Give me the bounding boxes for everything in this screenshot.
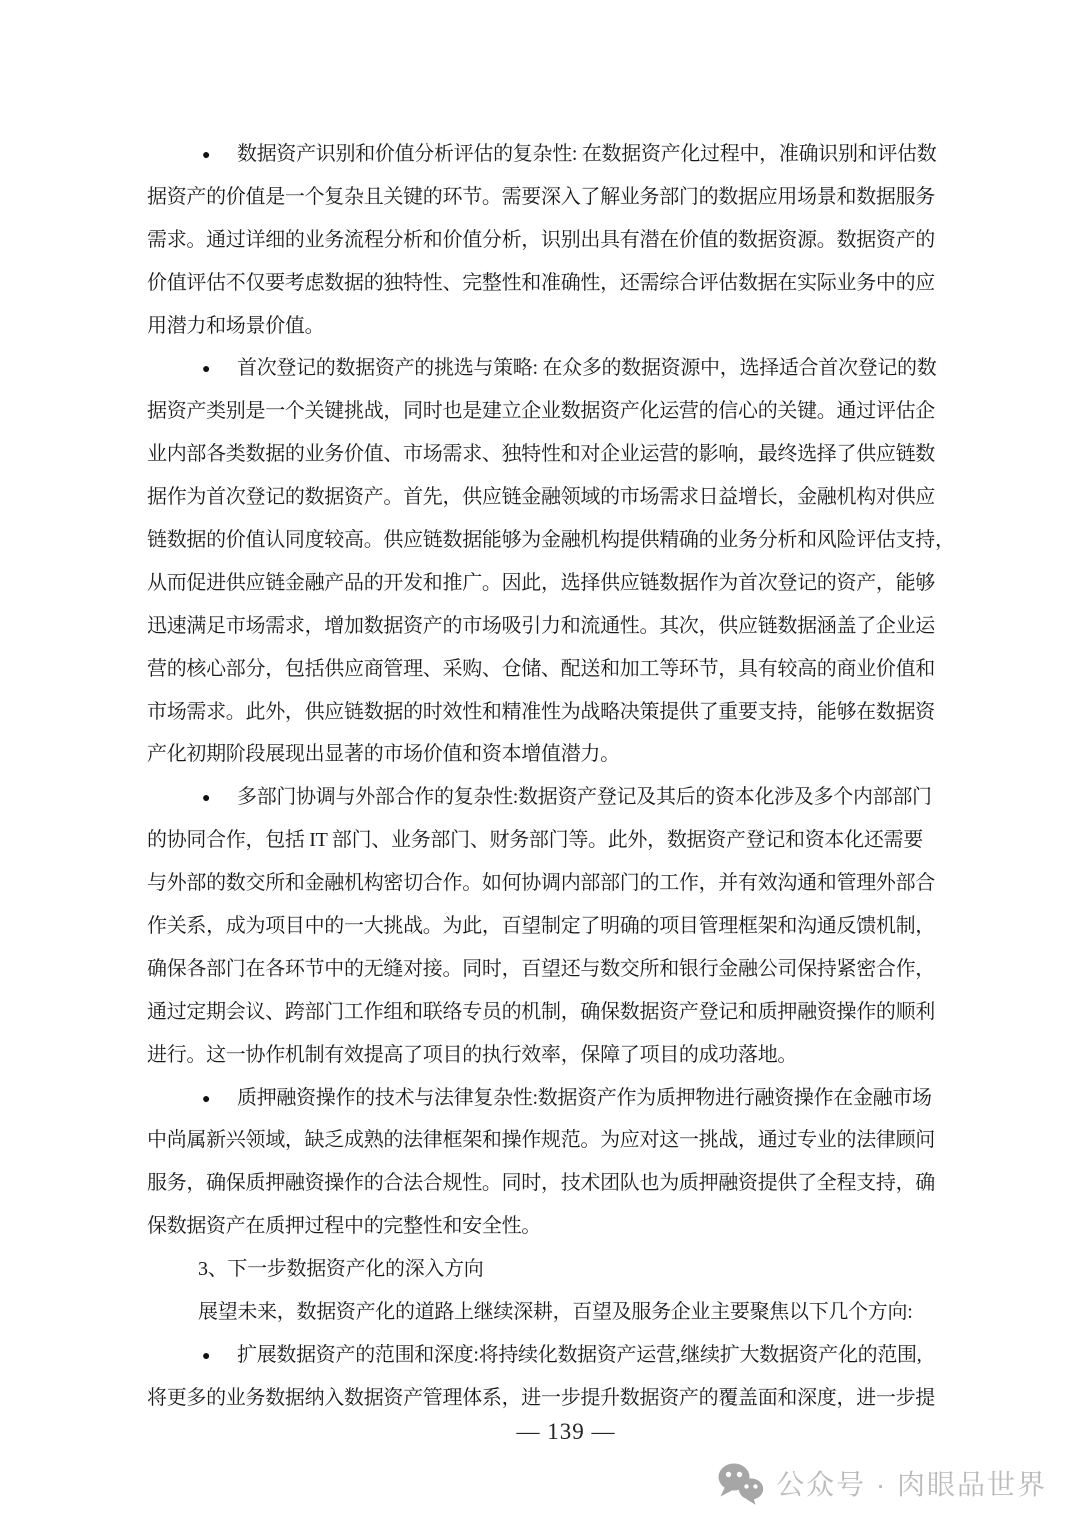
line-text: 中尚属新兴领域，缺乏成熟的法律框架和操作规范。为应对这一挑战，通过专业的法律顾问 [147, 1129, 935, 1151]
line-text: 据作为首次登记的数据资产。首先，供应链金融领域的市场需求日益增长，金融机构对供应 [147, 486, 935, 508]
text-line: 将更多的业务数据纳入数据资产管理体系，进一步提升数据资产的覆盖面和深度，进一步提 [147, 1377, 937, 1420]
text-line: 价值评估不仅要考虑数据的独特性、完整性和准确性，还需综合评估数据在实际业务中的应 [147, 262, 937, 305]
text-line: 与外部的数交所和金融机构密切合作。如何协调内部部门的工作，并有效沟通和管理外部合 [147, 862, 937, 905]
text-line: 用潜力和场景价值。 [147, 305, 937, 348]
line-text: 进行。这一协作机制有效提高了项目的执行效率，保障了项目的成功落地。 [147, 1044, 797, 1066]
line-text: 价值评估不仅要考虑数据的独特性、完整性和准确性，还需综合评估数据在实际业务中的应 [147, 272, 935, 294]
text-line: 据资产的价值是一个复杂且关键的环节。需要深入了解业务部门的数据应用场景和数据服务 [147, 176, 937, 219]
line-text: 多部门协调与外部合作的复杂性:数据资产登记及其后的资本化涉及多个内部部门 [237, 786, 932, 808]
line-text: 业内部各类数据的业务价值、市场需求、独特性和对企业运营的影响，最终选择了供应链数 [147, 443, 935, 465]
text-line: ●质押融资操作的技术与法律复杂性:数据资产作为质押物进行融资操作在金融市场 [147, 1077, 937, 1120]
text-line: 需求。通过详细的业务流程分析和价值分析，识别出具有潜在价值的数据资源。数据资产的 [147, 219, 937, 262]
text-line: 业内部各类数据的业务价值、市场需求、独特性和对企业运营的影响，最终选择了供应链数 [147, 433, 937, 476]
line-text: 据资产类别是一个关键挑战，同时也是建立企业数据资产化运营的信心的关键。通过评估企 [147, 400, 935, 422]
text-line: 作关系，成为项目中的一大挑战。为此，百望制定了明确的项目管理框架和沟通反馈机制， [147, 905, 937, 948]
text-line: 产化初期阶段展现出显著的市场价值和资本增值潜力。 [147, 733, 937, 776]
line-text: 据资产的价值是一个复杂且关键的环节。需要深入了解业务部门的数据应用场景和数据服务 [147, 186, 935, 208]
text-line: 据资产类别是一个关键挑战，同时也是建立企业数据资产化运营的信心的关键。通过评估企 [147, 390, 937, 433]
line-text: 确保各部门在各环节中的无缝对接。同时，百望还与数交所和银行金融公司保持紧密合作， [147, 958, 935, 980]
text-line: 保数据资产在质押过程中的完整性和安全性。 [147, 1205, 937, 1248]
text-line: 中尚属新兴领域，缺乏成熟的法律框架和操作规范。为应对这一挑战，通过专业的法律顾问 [147, 1119, 937, 1162]
text-line: 链数据的价值认同度较高。供应链数据能够为金融机构提供精确的业务分析和风险评估支持… [147, 519, 937, 562]
text-line: ●多部门协调与外部合作的复杂性:数据资产登记及其后的资本化涉及多个内部部门 [147, 776, 937, 819]
line-text: 市场需求。此外，供应链数据的时效性和精准性为战略决策提供了重要支持，能够在数据资 [147, 701, 935, 723]
line-text: 用潜力和场景价值。 [147, 315, 324, 337]
bullet-marker: ● [202, 349, 237, 392]
line-text: 需求。通过详细的业务流程分析和价值分析，识别出具有潜在价值的数据资源。数据资产的 [147, 229, 935, 251]
bullet-marker: ● [202, 778, 237, 821]
bullet-marker: ● [202, 1336, 237, 1379]
line-text: 产化初期阶段展现出显著的市场价值和资本增值潜力。 [147, 743, 620, 765]
text-line: 市场需求。此外，供应链数据的时效性和精准性为战略决策提供了重要支持，能够在数据资 [147, 691, 937, 734]
text-line: 从而促进供应链金融产品的开发和推广。因此，选择供应链数据作为首次登记的资产，能够 [147, 562, 937, 605]
page-number: — 139 — [0, 1416, 1080, 1448]
text-line: ●首次登记的数据资产的挑选与策略: 在众多的数据资源中，选择适合首次登记的数 [147, 347, 937, 390]
text-line: 通过定期会议、跨部门工作组和联络专员的机制，确保数据资产登记和质押融资操作的顺利 [147, 991, 937, 1034]
line-text: 保数据资产在质押过程中的完整性和安全性。 [147, 1215, 541, 1237]
section-heading: 3、下一步数据资产化的深入方向 [147, 1248, 937, 1291]
text-line: ●数据资产识别和价值分析评估的复杂性: 在数据资产化过程中，准确识别和评估数 [147, 133, 937, 176]
text-line: 的协同合作，包括 IT 部门、业务部门、财务部门等。此外，数据资产登记和资本化还… [147, 819, 937, 862]
line-text: 质押融资操作的技术与法律复杂性:数据资产作为质押物进行融资操作在金融市场 [237, 1087, 932, 1109]
text-line: 展望未来，数据资产化的道路上继续深耕，百望及服务企业主要聚焦以下几个方向: [147, 1291, 937, 1334]
line-text: 从而促进供应链金融产品的开发和推广。因此，选择供应链数据作为首次登记的资产，能够 [147, 572, 935, 594]
bullet-marker: ● [202, 1079, 237, 1122]
text-line: 迅速满足市场需求，增加数据资产的市场吸引力和流通性。其次，供应链数据涵盖了企业运 [147, 605, 937, 648]
line-text: 通过定期会议、跨部门工作组和联络专员的机制，确保数据资产登记和质押融资操作的顺利 [147, 1001, 935, 1023]
text-line: 服务，确保质押融资操作的合法合规性。同时，技术团队也为质押融资提供了全程支持，确 [147, 1162, 937, 1205]
text-line: 进行。这一协作机制有效提高了项目的执行效率，保障了项目的成功落地。 [147, 1034, 937, 1077]
line-text: 服务，确保质押融资操作的合法合规性。同时，技术团队也为质押融资提供了全程支持，确 [147, 1172, 935, 1194]
line-text: 首次登记的数据资产的挑选与策略: 在众多的数据资源中，选择适合首次登记的数 [237, 357, 936, 379]
bullet-marker: ● [202, 135, 237, 178]
watermark-footer: 公众号 · 肉眼品世界 [715, 1461, 1047, 1505]
line-text: 作关系，成为项目中的一大挑战。为此，百望制定了明确的项目管理框架和沟通反馈机制， [147, 915, 935, 937]
document-page: ●数据资产识别和价值分析评估的复杂性: 在数据资产化过程中，准确识别和评估数据资… [0, 0, 1080, 1527]
line-text: 展望未来，数据资产化的道路上继续深耕，百望及服务企业主要聚焦以下几个方向: [198, 1301, 912, 1323]
line-text: 数据资产识别和价值分析评估的复杂性: 在数据资产化过程中，准确识别和评估数 [237, 143, 936, 165]
line-text: 营的核心部分，包括供应商管理、采购、仓储、配送和加工等环节，具有较高的商业价值和 [147, 658, 935, 680]
text-line: 据作为首次登记的数据资产。首先，供应链金融领域的市场需求日益增长，金融机构对供应 [147, 476, 937, 519]
line-text: 的协同合作，包括 IT 部门、业务部门、财务部门等。此外，数据资产登记和资本化还… [147, 829, 923, 851]
line-text: 3、下一步数据资产化的深入方向 [198, 1258, 484, 1280]
line-text: 将更多的业务数据纳入数据资产管理体系，进一步提升数据资产的覆盖面和深度，进一步提 [147, 1387, 935, 1409]
line-text: 迅速满足市场需求，增加数据资产的市场吸引力和流通性。其次，供应链数据涵盖了企业运 [147, 615, 935, 637]
text-line: 确保各部门在各环节中的无缝对接。同时，百望还与数交所和银行金融公司保持紧密合作， [147, 948, 937, 991]
watermark-text: 公众号 · 肉眼品世界 [776, 1463, 1047, 1503]
line-text: 扩展数据资产的范围和深度:将持续化数据资产运营,继续扩大数据资产化的范围, [237, 1344, 921, 1366]
text-line: ●扩展数据资产的范围和深度:将持续化数据资产运营,继续扩大数据资产化的范围, [147, 1334, 937, 1377]
document-body: ●数据资产识别和价值分析评估的复杂性: 在数据资产化过程中，准确识别和评估数据资… [147, 133, 937, 1420]
text-line: 营的核心部分，包括供应商管理、采购、仓储、配送和加工等环节，具有较高的商业价值和 [147, 648, 937, 691]
line-text: 链数据的价值认同度较高。供应链数据能够为金融机构提供精确的业务分析和风险评估支持… [147, 529, 955, 551]
wechat-icon [715, 1461, 765, 1505]
line-text: 与外部的数交所和金融机构密切合作。如何协调内部部门的工作，并有效沟通和管理外部合 [147, 872, 935, 894]
